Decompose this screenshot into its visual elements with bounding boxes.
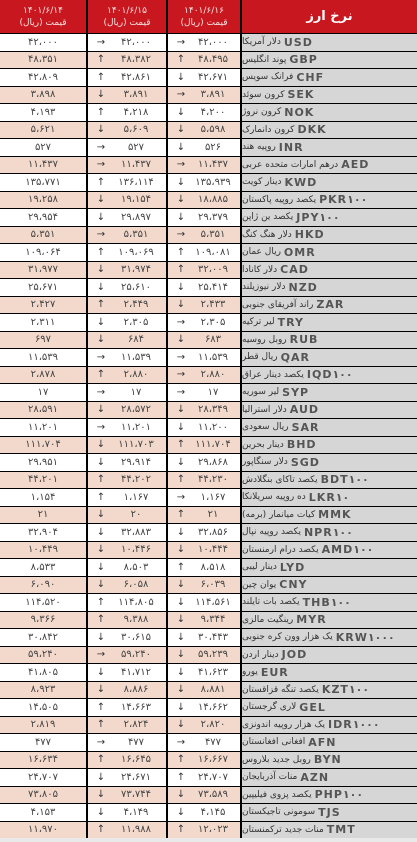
- price-value: ۹،۳۴۴: [192, 614, 234, 625]
- table-row: ۲،۴۲۷↑۲،۴۴۹↓۲،۴۳۳ZARراند آفریقای جنوبی: [0, 296, 417, 314]
- price-value: ۳۱،۹۷۷: [28, 264, 58, 275]
- price-value: ۳۰،۸۴۲: [28, 632, 58, 643]
- price-value: ۵۲۷: [112, 142, 160, 153]
- price-1401-6-16: ↑۳۲،۰۰۹: [168, 262, 240, 279]
- price-1401-6-16: →۱،۱۶۷: [168, 489, 240, 506]
- price-1401-6-16: ↓۴،۲۰۰: [168, 104, 240, 121]
- currency-name: کیات میانمار (برمه): [242, 510, 315, 520]
- price-value: ۷۳،۵۸۹: [192, 789, 234, 800]
- trend-arrow-icon: →: [90, 159, 112, 170]
- trend-arrow-icon: ↓: [170, 422, 192, 433]
- trend-arrow-icon: ↑: [90, 719, 112, 730]
- trend-arrow-icon: ↓: [90, 544, 112, 555]
- table-row: ۲۹،۹۵۴↓۲۹،۸۹۷↓۲۹،۳۷۹JPY۱۰۰یکصد ین ژاپن: [0, 208, 417, 226]
- currency-code: IDR۱۰۰۰: [328, 718, 380, 731]
- trend-arrow-icon: ↑: [90, 72, 112, 83]
- currency-name: کرون نروژ: [242, 107, 281, 117]
- currency-name-cell: AUDدلار استرالیا: [242, 402, 417, 419]
- price-1401-6-16: ↓۱۸،۸۸۵: [168, 192, 240, 209]
- trend-arrow-icon: ↓: [90, 317, 112, 328]
- price-value: ۲۰: [112, 509, 160, 520]
- currency-name-cell: TJSسومونی تاجیکستان: [242, 804, 417, 821]
- currency-code: BYN: [314, 753, 342, 766]
- price-value: ۴۲،۰۰۰: [28, 37, 58, 48]
- price-1401-6-15: ↑۹،۳۸۸: [88, 612, 166, 629]
- price-1401-6-16: ↑۲۱: [168, 507, 240, 524]
- price-value: ۲۱: [38, 509, 49, 520]
- trend-arrow-icon: ↓: [90, 89, 112, 100]
- price-1401-6-14: ۲۸،۵۹۱: [0, 402, 86, 419]
- price-1401-6-14: ۴۲،۸۰۹: [0, 69, 86, 86]
- price-1401-6-15: ↓۷۳،۷۴۴: [88, 787, 166, 804]
- currency-code: CHF: [296, 71, 324, 84]
- price-1401-6-15: ↓۲،۳۰۵: [88, 314, 166, 331]
- trend-arrow-icon: ↓: [170, 212, 192, 223]
- currency-code: NOK: [284, 106, 314, 119]
- currency-name-cell: BHDدینار بحرین: [242, 437, 417, 454]
- currency-name-cell: JPY۱۰۰یکصد ین ژاپن: [242, 209, 417, 226]
- trend-arrow-icon: ↓: [170, 597, 192, 608]
- price-value: ۴۷۷: [192, 737, 234, 748]
- price-value: ۵،۳۵۱: [112, 229, 160, 240]
- price-1401-6-14: ۶،۰۹۰: [0, 577, 86, 594]
- currency-code: HKD: [295, 228, 325, 241]
- price-value: ۱۶،۶۴۵: [112, 754, 160, 765]
- currency-name-cell: DKKکرون دانمارک: [242, 122, 417, 139]
- header-date: ۱۴۰۱/۶/۱۴: [0, 5, 86, 17]
- price-value: ۵۹،۲۴۰: [28, 649, 58, 660]
- currency-name: ریال قطر: [242, 352, 278, 362]
- currency-code: QAR: [281, 351, 310, 364]
- trend-arrow-icon: ↓: [90, 334, 112, 345]
- currency-name: دلار نیوزیلند: [242, 282, 286, 292]
- currency-code: KZT۱۰۰: [322, 683, 369, 696]
- price-1401-6-15: ↓۱۱۱،۷۰۳: [88, 437, 166, 454]
- price-value: ۱۱۱،۷۰۴: [25, 439, 60, 450]
- price-value: ۳۲،۸۵۶: [192, 527, 234, 538]
- trend-arrow-icon: ↓: [170, 527, 192, 538]
- table-row: ۲۴،۷۰۷↓۲۴،۶۷۱↑۲۴،۷۰۷AZNمنات آذربایجان: [0, 768, 417, 786]
- price-value: ۵،۵۹۸: [192, 124, 234, 135]
- price-1401-6-15: ↑۱،۱۶۷: [88, 489, 166, 506]
- currency-rate-table: ۱۴۰۱/۶/۱۴ قیمت (ریال) ۱۴۰۱/۶/۱۵ قیمت (ری…: [0, 0, 417, 838]
- price-value: ۱۳۵،۹۳۹: [192, 177, 234, 188]
- price-1401-6-15: ↑۱۳۶،۱۱۴: [88, 174, 166, 191]
- table-row: ۱۰،۴۴۹↓۱۰،۴۴۶↓۱۰،۴۴۴AMD۱۰۰یکصد درام ارمن…: [0, 541, 417, 559]
- currency-name: پوند انگلیس: [242, 55, 286, 65]
- price-1401-6-16: →۱۱،۵۳۹: [168, 349, 240, 366]
- table-row: ۳۲،۹۰۴↓۳۲،۸۸۳↓۳۲،۸۵۶NPR۱۰۰یکصد روپیه نپا…: [0, 523, 417, 541]
- price-value: ۵۲۶: [192, 142, 234, 153]
- price-value: ۱۱،۹۷۰: [28, 824, 58, 835]
- price-value: ۱۰،۴۴۴: [192, 544, 234, 555]
- trend-arrow-icon: →: [170, 369, 192, 380]
- currency-name: منات جدید ترکمنستان: [242, 825, 324, 835]
- currency-name-cell: JODدینار اردن: [242, 647, 417, 664]
- price-value: ۲،۸۲۰: [192, 719, 234, 730]
- price-value: ۲،۸۲۴: [112, 719, 160, 730]
- price-1401-6-16: →۴۷۷: [168, 734, 240, 751]
- price-1401-6-14: ۴،۱۹۳: [0, 104, 86, 121]
- price-1401-6-14: ۱۱،۴۳۷: [0, 157, 86, 174]
- price-1401-6-14: ۴۷۷: [0, 734, 86, 751]
- price-value: ۴۲،۶۷۱: [192, 72, 234, 83]
- currency-name-cell: KWDدینار کویت: [242, 174, 417, 191]
- price-1401-6-14: ۹،۳۶۶: [0, 612, 86, 629]
- table-row: ۶۹۷↓۶۸۴↓۶۸۳RUBروبل روسیه: [0, 331, 417, 349]
- currency-code: ZAR: [316, 298, 344, 311]
- price-1401-6-15: ↓۸،۸۸۶: [88, 682, 166, 699]
- price-value: ۳۱،۹۷۴: [112, 264, 160, 275]
- table-row: ۳۰،۸۴۲↓۳۰،۶۱۵↓۳۰،۴۴۳KRW۱۰۰۰یک هزار وون ک…: [0, 628, 417, 646]
- currency-name-cell: AFNافغانی افغانستان: [242, 734, 417, 751]
- price-value: ۲۴،۶۷۱: [112, 772, 160, 783]
- currency-code: BDT۱۰۰: [321, 473, 369, 486]
- trend-arrow-icon: →: [90, 142, 112, 153]
- price-value: ۷۳،۷۴۴: [112, 789, 160, 800]
- table-row: ۲۵،۶۷۱↓۲۵،۶۱۰↓۲۵،۴۱۴NZDدلار نیوزیلند: [0, 278, 417, 296]
- price-1401-6-15: ↓۲۰: [88, 507, 166, 524]
- price-1401-6-15: →۱۱،۲۰۱: [88, 419, 166, 436]
- currency-name-cell: THB۱۰۰یکصد بات تایلند: [242, 594, 417, 611]
- price-1401-6-14: ۴۱،۸۰۵: [0, 664, 86, 681]
- price-1401-6-14: ۲،۳۱۱: [0, 314, 86, 331]
- currency-name: کرون دانمارک: [242, 125, 294, 135]
- trend-arrow-icon: →: [170, 229, 192, 240]
- trend-arrow-icon: ↓: [170, 719, 192, 730]
- price-value: ۱۰۹،۰۸۱: [192, 247, 234, 258]
- trend-arrow-icon: ↓: [90, 439, 112, 450]
- currency-code: NPR۱۰۰: [304, 526, 353, 539]
- trend-arrow-icon: ↑: [170, 772, 192, 783]
- table-row: ۵،۶۲۱↓۵،۶۰۹↓۵،۵۹۸DKKکرون دانمارک: [0, 121, 417, 139]
- trend-arrow-icon: ↓: [90, 124, 112, 135]
- currency-name: یکصد روپیه پاکستان: [242, 195, 316, 205]
- price-value: ۱،۱۶۷: [112, 492, 160, 503]
- currency-code: GBP: [289, 53, 317, 66]
- price-1401-6-16: ↓۸،۸۸۱: [168, 682, 240, 699]
- trend-arrow-icon: →: [170, 37, 192, 48]
- price-1401-6-16: ↑۱۶،۶۶۷: [168, 752, 240, 769]
- price-1401-6-15: ↑۴،۲۱۸: [88, 104, 166, 121]
- currency-name: یک هزار وون کره جنوبی: [242, 632, 333, 642]
- table-header: ۱۴۰۱/۶/۱۴ قیمت (ریال) ۱۴۰۱/۶/۱۵ قیمت (ری…: [0, 0, 417, 33]
- price-1401-6-14: ۱۱،۲۰۱: [0, 419, 86, 436]
- currency-name-cell: OMRریال عمان: [242, 244, 417, 261]
- price-value: ۱۱،۴۳۷: [28, 159, 58, 170]
- price-1401-6-15: ↑۲،۸۸۰: [88, 367, 166, 384]
- price-1401-6-14: ۱۱،۵۳۹: [0, 349, 86, 366]
- price-1401-6-16: ↓۱۱۴،۵۶۱: [168, 594, 240, 611]
- currency-name-cell: PHP۱۰۰یکصد پزوی فیلیپین: [242, 787, 417, 804]
- price-1401-6-16: ↓۷۳،۵۸۹: [168, 787, 240, 804]
- currency-code: SAR: [292, 421, 320, 434]
- table-row: ۴۱،۸۰۵↓۴۱،۷۱۲↓۴۱،۶۲۳EURیورو: [0, 663, 417, 681]
- price-1401-6-15: ↓۵،۶۰۹: [88, 122, 166, 139]
- price-value: ۴۴،۲۰۲: [112, 474, 160, 485]
- trend-arrow-icon: ↓: [170, 334, 192, 345]
- trend-arrow-icon: ↓: [170, 282, 192, 293]
- trend-arrow-icon: ↓: [170, 404, 192, 415]
- trend-arrow-icon: →: [170, 352, 192, 363]
- price-1401-6-15: ↑۲،۴۴۹: [88, 297, 166, 314]
- price-1401-6-14: ۲۹،۹۵۴: [0, 209, 86, 226]
- table-row: ۱۰۹،۰۶۴↑۱۰۹،۰۶۹↑۱۰۹،۰۸۱OMRریال عمان: [0, 243, 417, 261]
- price-value: ۴۱،۷۱۲: [112, 667, 160, 678]
- trend-arrow-icon: ↓: [170, 177, 192, 188]
- price-value: ۱۷: [192, 387, 234, 398]
- currency-name-cell: SYPلیر سوریه: [242, 384, 417, 401]
- currency-name-cell: CHFفرانک سویس: [242, 69, 417, 86]
- currency-name-cell: AMD۱۰۰یکصد درام ارمنستان: [242, 542, 417, 559]
- price-value: ۱۶،۶۳۴: [28, 754, 58, 765]
- price-1401-6-16: ↓۴۲،۶۷۱: [168, 69, 240, 86]
- price-value: ۱۱،۴۳۷: [192, 159, 234, 170]
- price-1401-6-16: ↓۱۱،۲۰۰: [168, 419, 240, 436]
- price-value: ۳۰،۶۱۵: [112, 632, 160, 643]
- currency-name: یکصد ین ژاپن: [242, 212, 293, 222]
- currency-code: BHD: [287, 438, 317, 451]
- price-value: ۴۱،۶۲۳: [192, 667, 234, 678]
- price-value: ۲۵،۶۱۰: [112, 282, 160, 293]
- price-1401-6-16: ↓۲۹،۳۷۹: [168, 209, 240, 226]
- price-1401-6-15: ↓۴۱،۷۱۲: [88, 664, 166, 681]
- price-value: ۲۹،۳۷۹: [192, 212, 234, 223]
- price-value: ۳۲،۸۸۳: [112, 527, 160, 538]
- currency-code: AMD۱۰۰: [322, 543, 374, 556]
- currency-name-cell: LKR۱۰ده روپیه سریلانکا: [242, 489, 417, 506]
- price-1401-6-16: ↓۱۳۵،۹۳۹: [168, 174, 240, 191]
- trend-arrow-icon: ↓: [170, 72, 192, 83]
- trend-arrow-icon: ↑: [90, 369, 112, 380]
- price-value: ۳۲،۹۰۴: [28, 527, 58, 538]
- currency-code: CNY: [279, 578, 307, 591]
- header-label: قیمت (ریال): [0, 17, 86, 29]
- currency-name: یکصد پزوی فیلیپین: [242, 790, 312, 800]
- table-row: ۴۴،۲۰۱↑۴۴،۲۰۲↑۴۴،۲۳۰BDT۱۰۰یکصد تاکای بنگ…: [0, 471, 417, 489]
- price-1401-6-15: ↑۲،۸۲۴: [88, 717, 166, 734]
- trend-arrow-icon: ↓: [170, 194, 192, 205]
- header-title: نرخ ارز: [242, 0, 417, 33]
- trend-arrow-icon: ↓: [90, 684, 112, 695]
- price-value: ۴۲،۸۰۹: [28, 72, 58, 83]
- price-value: ۸،۹۲۳: [31, 684, 56, 695]
- price-1401-6-15: ↑۱۶،۶۴۵: [88, 752, 166, 769]
- trend-arrow-icon: ↑: [90, 824, 112, 835]
- trend-arrow-icon: ↑: [170, 54, 192, 65]
- currency-name-cell: MYRرینگیت مالزی: [242, 612, 417, 629]
- trend-arrow-icon: ↓: [170, 789, 192, 800]
- price-value: ۲۹،۹۱۴: [112, 457, 160, 468]
- price-value: ۲،۳۰۵: [192, 317, 234, 328]
- currency-code: AFN: [308, 736, 336, 749]
- price-value: ۱۴،۶۶۳: [112, 702, 160, 713]
- price-1401-6-16: ↓۲،۸۲۰: [168, 717, 240, 734]
- trend-arrow-icon: ↓: [170, 632, 192, 643]
- trend-arrow-icon: ↓: [90, 404, 112, 415]
- price-value: ۸،۸۸۱: [192, 684, 234, 695]
- price-value: ۱۳۶،۱۱۴: [112, 177, 160, 188]
- price-value: ۶،۰۳۹: [192, 579, 234, 590]
- price-value: ۳۰،۴۴۳: [192, 632, 234, 643]
- trend-arrow-icon: ↓: [90, 562, 112, 573]
- price-value: ۲۵،۶۷۱: [28, 282, 58, 293]
- price-value: ۲۹،۸۶۸: [192, 457, 234, 468]
- currency-code: TRY: [278, 316, 304, 329]
- price-value: ۴۷۷: [112, 737, 160, 748]
- price-value: ۸،۵۳۳: [31, 562, 56, 573]
- price-value: ۱۱،۲۰۱: [112, 422, 160, 433]
- price-1401-6-15: →۵۲۷: [88, 139, 166, 156]
- trend-arrow-icon: ↓: [170, 649, 192, 660]
- header-date: ۱۴۰۱/۶/۱۶: [168, 5, 240, 17]
- price-1401-6-14: ۵۹،۲۴۰: [0, 647, 86, 664]
- trend-arrow-icon: ↑: [170, 439, 192, 450]
- trend-arrow-icon: ↓: [170, 142, 192, 153]
- currency-name-cell: AEDدرهم امارات متحده عربی: [242, 157, 417, 174]
- currency-code: AZN: [300, 771, 329, 784]
- table-row: ۱۱،۴۳۷→۱۱،۴۳۷→۱۱،۴۳۷AEDدرهم امارات متحده…: [0, 156, 417, 174]
- currency-name: راند آفریقای جنوبی: [242, 300, 313, 310]
- price-value: ۴۲،۰۰۰: [192, 37, 234, 48]
- trend-arrow-icon: ↓: [90, 194, 112, 205]
- price-1401-6-16: ↓۱۰،۴۴۴: [168, 542, 240, 559]
- price-1401-6-16: →۱۷: [168, 384, 240, 401]
- price-1401-6-15: ↑۱۴،۶۶۳: [88, 699, 166, 716]
- trend-arrow-icon: ↓: [170, 579, 192, 590]
- price-value: ۴۱،۸۰۵: [28, 667, 58, 678]
- table-row: ۴،۱۵۳↓۴،۱۴۹↓۴،۱۴۵TJSسومونی تاجیکستان: [0, 803, 417, 821]
- price-1401-6-16: →۳،۸۹۱: [168, 87, 240, 104]
- currency-code: GEL: [299, 701, 326, 714]
- trend-arrow-icon: ↓: [170, 684, 192, 695]
- currency-name: یوان چین: [242, 580, 276, 590]
- trend-arrow-icon: ↓: [90, 282, 112, 293]
- trend-arrow-icon: ↑: [170, 264, 192, 275]
- price-1401-6-15: →۵۹،۲۴۰: [88, 647, 166, 664]
- price-1401-6-14: ۵،۶۲۱: [0, 122, 86, 139]
- currency-name: دینار لیبی: [242, 562, 277, 572]
- currency-code: JOD: [282, 648, 308, 661]
- table-row: ۵۹،۲۴۰→۵۹،۲۴۰↓۵۹،۲۳۹JODدینار اردن: [0, 646, 417, 664]
- table-row: ۶،۰۹۰↓۶،۰۵۸↓۶،۰۳۹CNYیوان چین: [0, 576, 417, 594]
- price-1401-6-15: ↓۲۴،۶۷۱: [88, 769, 166, 786]
- price-1401-6-15: ↓۶۸۴: [88, 332, 166, 349]
- price-value: ۱۲،۰۲۳: [192, 824, 234, 835]
- price-1401-6-16: →۴۲،۰۰۰: [168, 34, 240, 51]
- price-value: ۸،۸۸۶: [112, 684, 160, 695]
- table-row: ۴۲،۰۰۰→۴۲،۰۰۰→۴۲،۰۰۰USDدلار آمریکا: [0, 33, 417, 51]
- price-1401-6-14: ۴۴،۲۰۱: [0, 472, 86, 489]
- currency-code: USD: [284, 36, 313, 49]
- price-value: ۱۱،۵۳۹: [112, 352, 160, 363]
- price-1401-6-16: ↓۳۰،۴۴۳: [168, 629, 240, 646]
- table-row: ۱۱،۹۷۰↑۱۱،۹۸۸↑۱۲،۰۲۳TMTمنات جدید ترکمنست…: [0, 821, 417, 839]
- price-1401-6-16: ↓۵،۵۹۸: [168, 122, 240, 139]
- price-value: ۶۹۷: [35, 334, 51, 345]
- price-value: ۲،۴۳۳: [192, 299, 234, 310]
- table-row: ۲۹،۹۵۱↓۲۹،۹۱۴↓۲۹،۸۶۸SGDدلار سنگاپور: [0, 453, 417, 471]
- table-row: ۱۱۴،۵۲۰↑۱۱۴،۸۰۵↓۱۱۴،۵۶۱THB۱۰۰یکصد بات تا…: [0, 593, 417, 611]
- price-1401-6-16: ↓۶،۰۳۹: [168, 577, 240, 594]
- table-row: ۲،۸۱۹↑۲،۸۲۴↓۲،۸۲۰IDR۱۰۰۰یک هزار روپیه ان…: [0, 716, 417, 734]
- trend-arrow-icon: ↑: [170, 247, 192, 258]
- price-1401-6-14: ۱۰۹،۰۶۴: [0, 244, 86, 261]
- price-1401-6-16: →۱۱،۴۳۷: [168, 157, 240, 174]
- currency-name-cell: GBPپوند انگلیس: [242, 52, 417, 69]
- price-1401-6-15: →۱۱،۵۳۹: [88, 349, 166, 366]
- header-date: ۱۴۰۱/۶/۱۵: [88, 5, 166, 17]
- currency-name-cell: IQD۱۰۰یکصد دینار عراق: [242, 367, 417, 384]
- price-1401-6-14: ۳۰،۸۴۲: [0, 629, 86, 646]
- price-value: ۲،۸۱۹: [31, 719, 56, 730]
- price-1401-6-15: ↑۴۲،۸۶۱: [88, 69, 166, 86]
- price-value: ۲،۳۱۱: [31, 317, 56, 328]
- price-value: ۱،۱۶۷: [192, 492, 234, 503]
- currency-name-cell: INRروپیه هند: [242, 139, 417, 156]
- price-value: ۴،۱۴۹: [112, 807, 160, 818]
- header-label: قیمت (ریال): [168, 17, 240, 29]
- price-value: ۵۹،۲۳۹: [192, 649, 234, 660]
- price-value: ۱۱،۵۳۹: [192, 352, 234, 363]
- price-1401-6-16: ↓۲۸،۳۴۹: [168, 402, 240, 419]
- table-row: ۳۱،۹۷۷↓۳۱،۹۷۴↑۳۲،۰۰۹CADدلار کانادا: [0, 261, 417, 279]
- price-1401-6-14: ۳۲،۹۰۴: [0, 524, 86, 541]
- currency-name-cell: SARریال سعودی: [242, 419, 417, 436]
- price-1401-6-16: ↑۴۴،۲۳۰: [168, 472, 240, 489]
- price-1401-6-16: →۵،۳۵۱: [168, 227, 240, 244]
- table-row: ۱۴،۵۰۵↑۱۴،۶۶۳↓۱۴،۶۶۲GELلاری گرجستان: [0, 698, 417, 716]
- price-value: ۱۱۴،۸۰۵: [112, 597, 160, 608]
- currency-name-cell: AZNمنات آذربایجان: [242, 769, 417, 786]
- currency-name-cell: LYDدینار لیبی: [242, 559, 417, 576]
- table-row: ۱۶،۶۳۴↑۱۶،۶۴۵↑۱۶،۶۶۷BYNروبل جدید بلاروس: [0, 751, 417, 769]
- table-row: ۸،۹۲۳↓۸،۸۸۶↓۸،۸۸۱KZT۱۰۰یکصد تنگه قزاقستا…: [0, 681, 417, 699]
- trend-arrow-icon: →: [170, 737, 192, 748]
- header-label: قیمت (ریال): [88, 17, 166, 29]
- currency-code: SGD: [291, 456, 320, 469]
- currency-name-cell: ZARراند آفریقای جنوبی: [242, 297, 417, 314]
- currency-name-cell: TMTمنات جدید ترکمنستان: [242, 822, 417, 839]
- currency-name: روپیه هند: [242, 142, 276, 152]
- trend-arrow-icon: ↓: [90, 509, 112, 520]
- price-value: ۱۷: [38, 387, 49, 398]
- table-row: ۱۷→۱۷→۱۷SYPلیر سوریه: [0, 383, 417, 401]
- price-value: ۴،۲۰۰: [192, 107, 234, 118]
- currency-code: THB۱۰۰: [303, 596, 351, 609]
- price-1401-6-15: ↓۲۹،۸۹۷: [88, 209, 166, 226]
- price-value: ۲۴،۷۰۷: [28, 772, 58, 783]
- price-value: ۴،۱۴۵: [192, 807, 234, 818]
- currency-name: روبل روسیه: [242, 335, 287, 345]
- table-row: ۱۱،۵۳۹→۱۱،۵۳۹→۱۱،۵۳۹QARریال قطر: [0, 348, 417, 366]
- price-1401-6-14: ۱۱۱،۷۰۴: [0, 437, 86, 454]
- currency-name: ریال عمان: [242, 247, 281, 257]
- price-1401-6-14: ۱۹،۲۵۸: [0, 192, 86, 209]
- price-value: ۱۳۵،۷۷۱: [25, 177, 60, 188]
- price-value: ۹،۳۸۸: [112, 614, 160, 625]
- trend-arrow-icon: ↓: [90, 527, 112, 538]
- currency-name-cell: BYNروبل جدید بلاروس: [242, 752, 417, 769]
- trend-arrow-icon: ↑: [170, 474, 192, 485]
- trend-arrow-icon: ↓: [170, 667, 192, 678]
- price-1401-6-16: →۲،۸۸۰: [168, 367, 240, 384]
- price-value: ۱۹،۲۵۸: [28, 194, 58, 205]
- trend-arrow-icon: ↑: [90, 614, 112, 625]
- trend-arrow-icon: ↓: [170, 544, 192, 555]
- price-value: ۷۳،۸۰۵: [28, 789, 58, 800]
- price-value: ۱۱،۵۳۹: [28, 352, 58, 363]
